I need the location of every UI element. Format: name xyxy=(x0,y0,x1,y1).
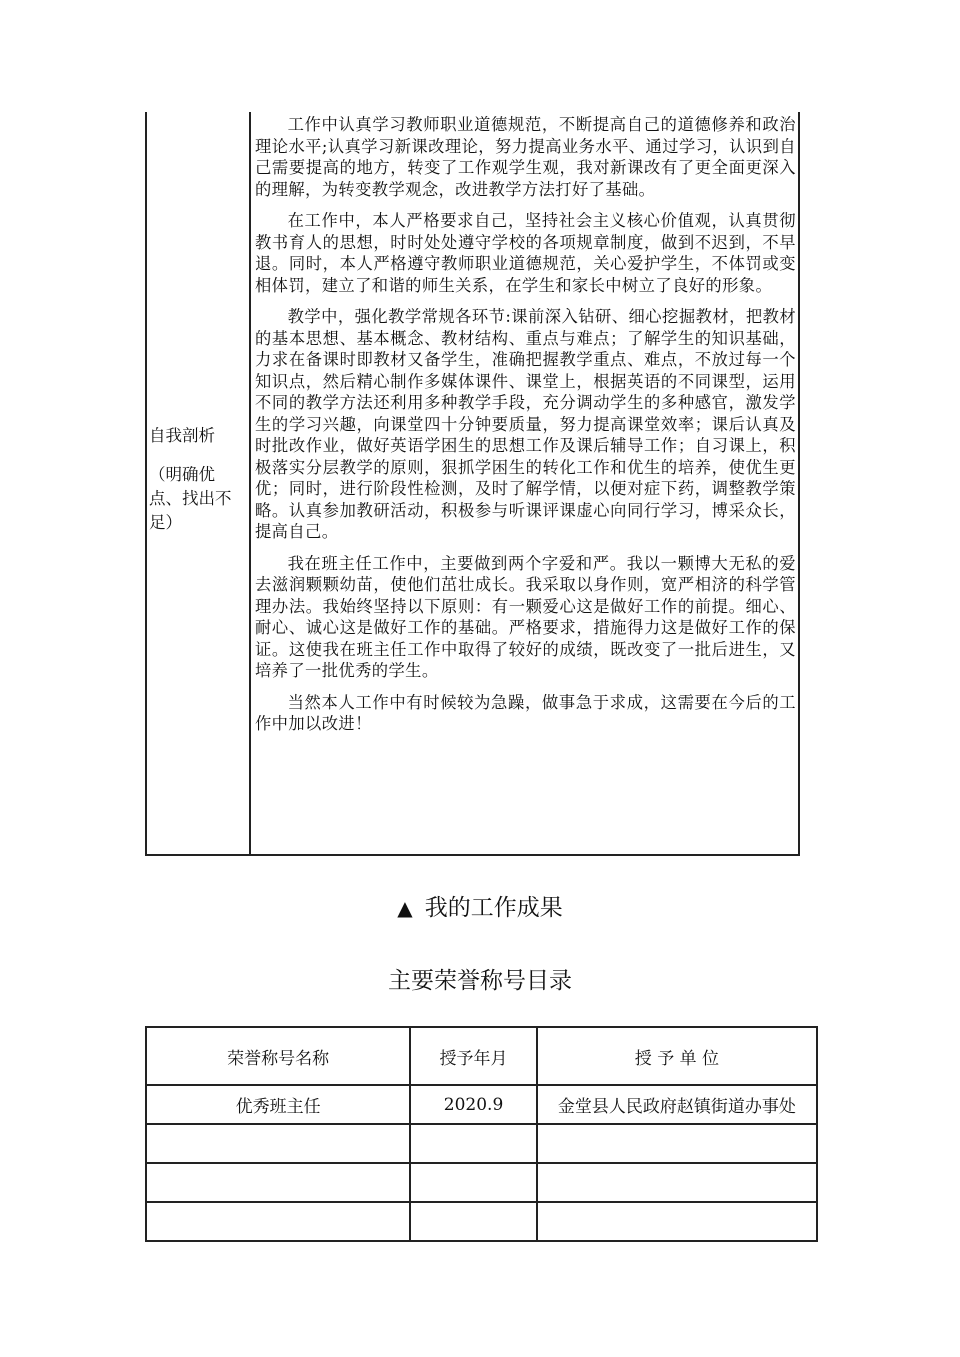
cell-issuer: 金堂县人民政府赵镇街道办事处 xyxy=(537,1085,817,1124)
column-header-honor-name: 荣誉称号名称 xyxy=(146,1027,410,1085)
paragraph-shortcomings: 当然本人工作中有时候较为急躁，做事急于求成，这需要在今后的工作中加以改进！ xyxy=(255,692,796,735)
self-analysis-label-cell: 自我剖析 （明确优 点、找出不 足） xyxy=(147,112,251,854)
self-analysis-content-cell: 工作中认真学习教师职业道德规范，不断提高自己的道德修养和政治理论水平;认真学习新… xyxy=(251,112,798,854)
cell-date xyxy=(410,1202,537,1241)
self-analysis-label: 自我剖析 （明确优 点、找出不 足） xyxy=(149,424,249,535)
label-main: 自我剖析 xyxy=(149,424,249,448)
section-heading: ▲我的工作成果 xyxy=(0,889,960,922)
column-header-issuer: 授 予 单 位 xyxy=(537,1027,817,1085)
cell-issuer xyxy=(537,1202,817,1241)
cell-honor-name xyxy=(146,1163,410,1202)
paragraph-ethics: 工作中认真学习教师职业道德规范，不断提高自己的道德修养和政治理论水平;认真学习新… xyxy=(255,114,796,200)
label-sub-line2: 点、找出不 xyxy=(149,487,249,511)
paragraph-teaching: 教学中，强化教学常规各环节:课前深入钻研、细心挖掘教材，把教材的基本思想、基本概… xyxy=(255,306,796,543)
cell-date xyxy=(410,1163,537,1202)
section-title: 我的工作成果 xyxy=(425,895,563,921)
table-header-row: 荣誉称号名称 授予年月 授 予 单 位 xyxy=(146,1027,817,1085)
paragraph-class-teacher: 我在班主任工作中，主要做到两个字爱和严。我以一颗博大无私的爱去滋润颗颗幼苗，使他… xyxy=(255,553,796,682)
cell-honor-name xyxy=(146,1124,410,1163)
cell-issuer xyxy=(537,1124,817,1163)
table-row xyxy=(146,1202,817,1241)
cell-issuer xyxy=(537,1163,817,1202)
cell-honor-name xyxy=(146,1202,410,1241)
cell-date: 2020.9 xyxy=(410,1085,537,1124)
table-row xyxy=(146,1124,817,1163)
honors-table: 荣誉称号名称 授予年月 授 予 单 位 优秀班主任 2020.9 金堂县人民政府… xyxy=(145,1026,818,1242)
label-sub-line1: （明确优 xyxy=(149,463,249,487)
table-row xyxy=(146,1163,817,1202)
triangle-icon: ▲ xyxy=(397,896,412,920)
label-sub-line3: 足） xyxy=(149,511,249,535)
column-header-date: 授予年月 xyxy=(410,1027,537,1085)
paragraph-conduct: 在工作中，本人严格要求自己，坚持社会主义核心价值观，认真贯彻教书育人的思想，时时… xyxy=(255,210,796,296)
self-analysis-table: 自我剖析 （明确优 点、找出不 足） 工作中认真学习教师职业道德规范，不断提高自… xyxy=(145,112,800,856)
table-row: 优秀班主任 2020.9 金堂县人民政府赵镇街道办事处 xyxy=(146,1085,817,1124)
cell-honor-name: 优秀班主任 xyxy=(146,1085,410,1124)
honors-title: 主要荣誉称号目录 xyxy=(0,962,960,995)
cell-date xyxy=(410,1124,537,1163)
